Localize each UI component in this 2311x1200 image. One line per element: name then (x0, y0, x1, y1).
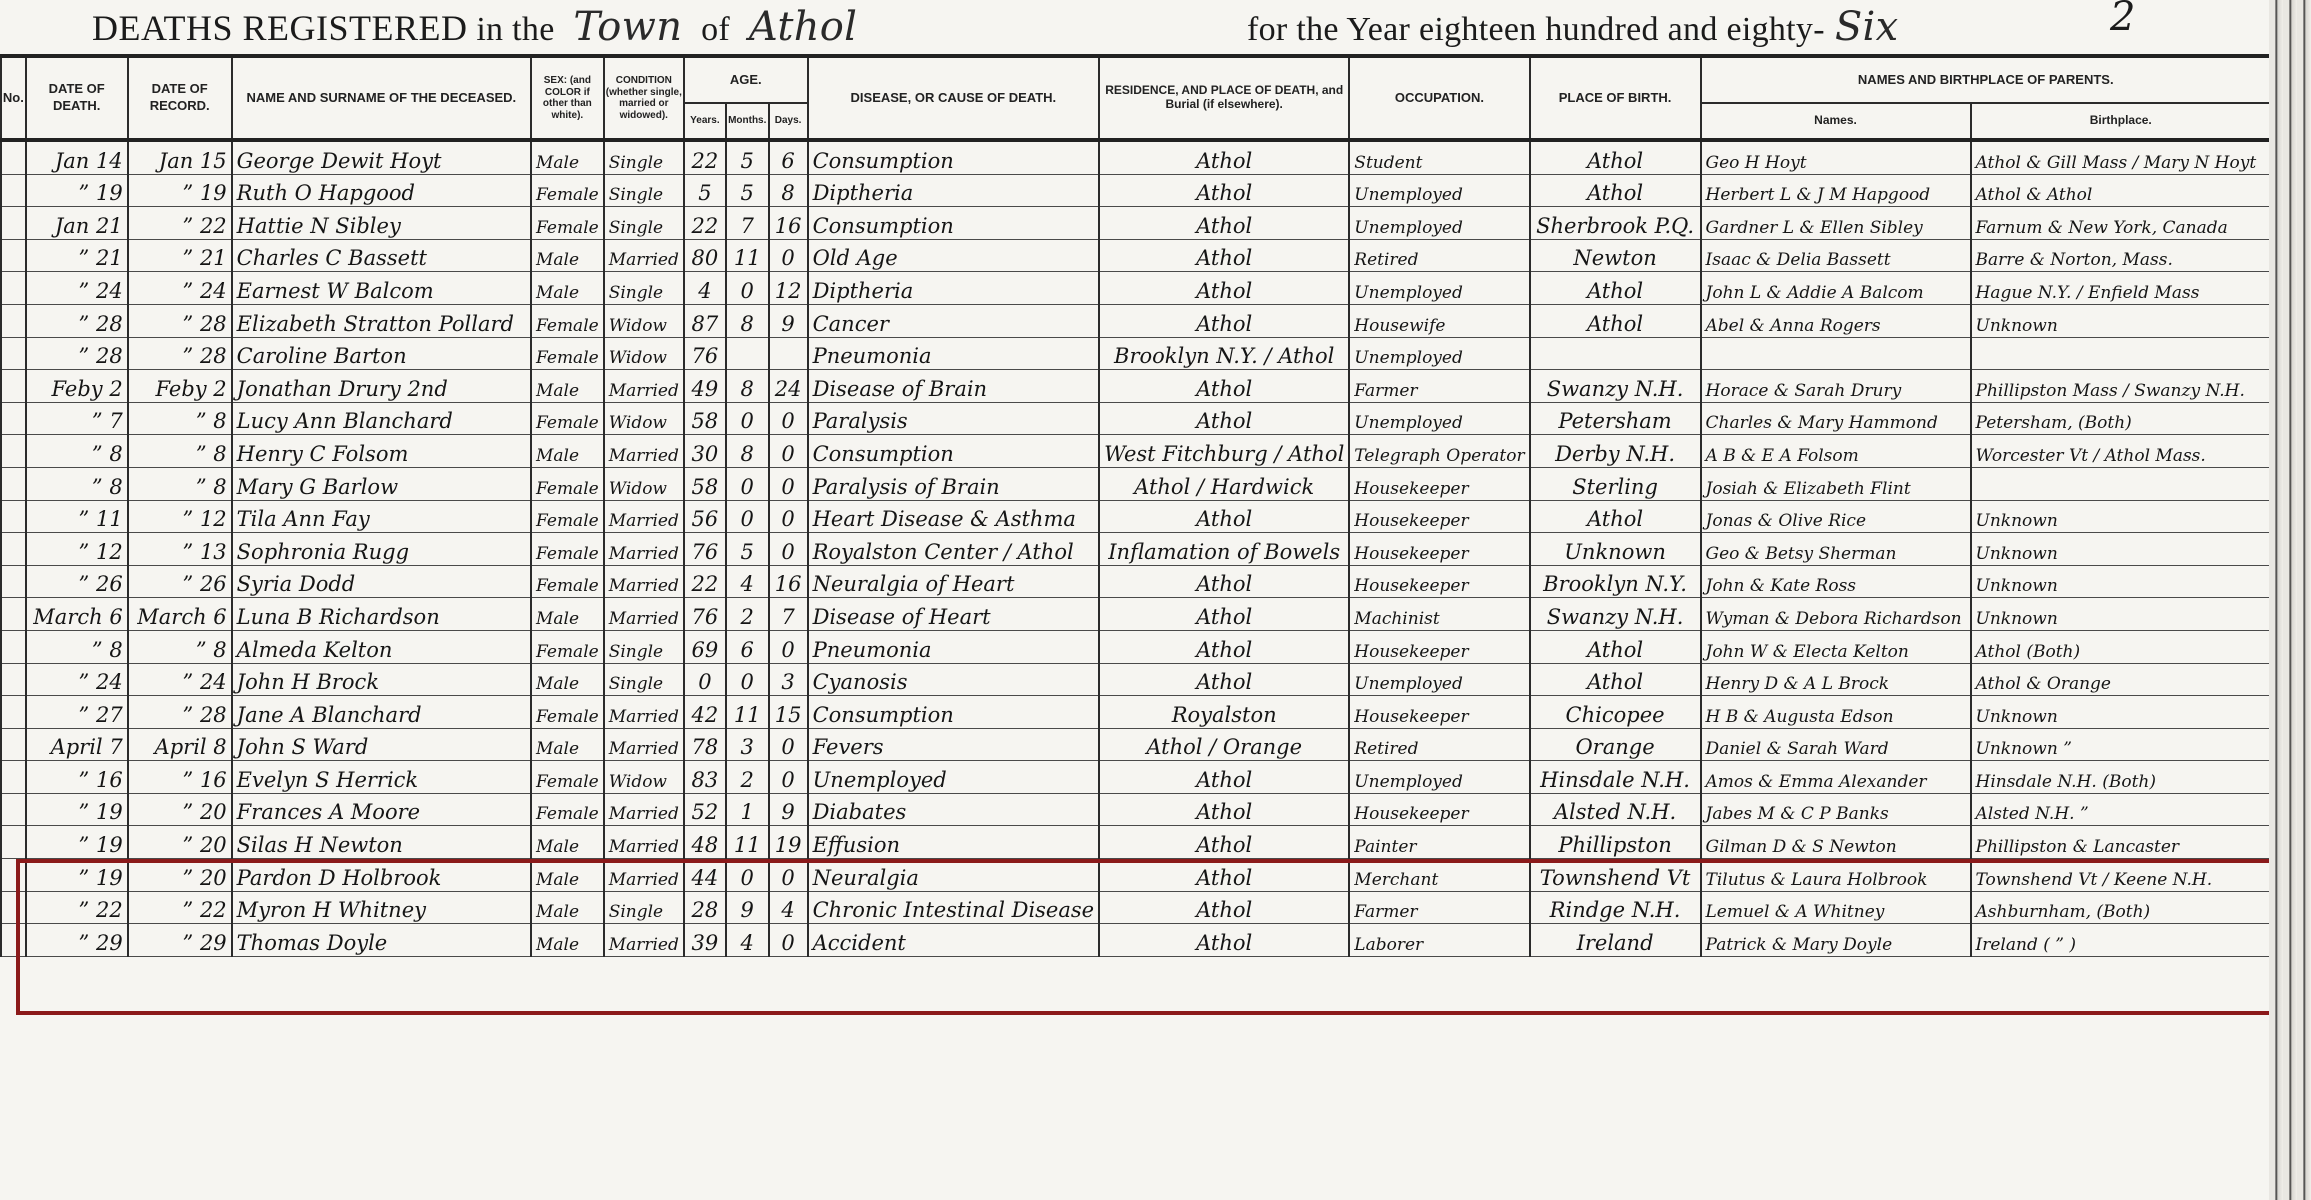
sex: Female (531, 565, 604, 598)
deceased-name: Frances A Moore (232, 793, 531, 826)
col-parents-names: Names. (1701, 103, 1971, 140)
date-of-death: ” 8 (26, 467, 128, 500)
cause-of-death: Paralysis of Brain (808, 467, 1100, 500)
condition: Widow (604, 402, 684, 435)
table-row: ” 19” 20Silas H NewtonMaleMarried481119E… (1, 826, 2270, 859)
age-months: 5 (726, 140, 769, 174)
cause-of-death: Accident (808, 924, 1100, 957)
date-of-record: ” 16 (128, 761, 232, 794)
municipality-type: Town (573, 4, 682, 50)
cause-of-death: Chronic Intestinal Disease (808, 891, 1100, 924)
condition: Married (604, 500, 684, 533)
table-row: ” 24” 24John H BrockMaleSingle003Cyanosi… (1, 663, 2270, 696)
age-days: 0 (769, 761, 808, 794)
cause-of-death: Diabates (808, 793, 1100, 826)
date-of-record: ” 8 (128, 402, 232, 435)
age-years: 22 (684, 565, 726, 598)
year-handwritten: Six (1835, 4, 1899, 50)
residence: Athol (1099, 239, 1349, 272)
place-of-birth: Athol (1530, 630, 1701, 663)
table-row: ” 22” 22Myron H WhitneyMaleSingle2894Chr… (1, 891, 2270, 924)
date-of-death: ” 19 (26, 793, 128, 826)
age-months: 7 (726, 207, 769, 240)
place-of-birth: Swanzy N.H. (1530, 598, 1701, 631)
date-of-record: ” 28 (128, 337, 232, 370)
parents-names: Lemuel & A Whitney (1701, 891, 1971, 924)
age-years: 83 (684, 761, 726, 794)
row-number (1, 304, 26, 337)
sex: Female (531, 337, 604, 370)
sex: Male (531, 663, 604, 696)
parents-birthplace: Townshend Vt / Keene N.H. (1971, 859, 2270, 892)
age-months: 4 (726, 565, 769, 598)
sex: Female (531, 761, 604, 794)
parents-birthplace (1971, 337, 2270, 370)
parents-birthplace: Alsted N.H. ” (1971, 793, 2270, 826)
table-row: ” 27” 28Jane A BlanchardFemaleMarried421… (1, 696, 2270, 729)
sex: Female (531, 304, 604, 337)
row-number (1, 239, 26, 272)
place-of-birth: Orange (1530, 728, 1701, 761)
sex: Female (531, 207, 604, 240)
row-number (1, 435, 26, 468)
residence: Athol (1099, 891, 1349, 924)
parents-names: Josiah & Elizabeth Flint (1701, 467, 1971, 500)
parents-names: Gilman D & S Newton (1701, 826, 1971, 859)
age-years: 58 (684, 402, 726, 435)
row-number (1, 533, 26, 566)
place-of-birth: Townshend Vt (1530, 859, 1701, 892)
occupation: Painter (1349, 826, 1529, 859)
age-days: 4 (769, 891, 808, 924)
place-of-birth: Swanzy N.H. (1530, 370, 1701, 403)
deceased-name: Tila Ann Fay (232, 500, 531, 533)
age-years: 42 (684, 696, 726, 729)
age-days: 6 (769, 140, 808, 174)
parents-names: Charles & Mary Hammond (1701, 402, 1971, 435)
parents-names: Patrick & Mary Doyle (1701, 924, 1971, 957)
age-days: 0 (769, 924, 808, 957)
cause-of-death: Disease of Heart (808, 598, 1100, 631)
cause-of-death: Consumption (808, 207, 1100, 240)
parents-birthplace: Athol & Orange (1971, 663, 2270, 696)
place-of-birth: Hinsdale N.H. (1530, 761, 1701, 794)
deceased-name: Charles C Bassett (232, 239, 531, 272)
place-of-birth: Derby N.H. (1530, 435, 1701, 468)
residence: Athol (1099, 500, 1349, 533)
sex: Female (531, 402, 604, 435)
deceased-name: John H Brock (232, 663, 531, 696)
occupation: Housekeeper (1349, 500, 1529, 533)
residence: Athol (1099, 140, 1349, 174)
row-number (1, 370, 26, 403)
residence: Athol (1099, 924, 1349, 957)
cause-of-death: Consumption (808, 140, 1100, 174)
sex: Male (531, 826, 604, 859)
sex: Male (531, 140, 604, 174)
table-row: ” 19” 19Ruth O HapgoodFemaleSingle558Dip… (1, 174, 2270, 207)
cause-of-death: Heart Disease & Asthma (808, 500, 1100, 533)
residence: Athol (1099, 272, 1349, 305)
age-months: 3 (726, 728, 769, 761)
occupation: Unemployed (1349, 402, 1529, 435)
place-of-birth: Athol (1530, 174, 1701, 207)
date-of-record: ” 21 (128, 239, 232, 272)
occupation: Housekeeper (1349, 565, 1529, 598)
condition: Married (604, 859, 684, 892)
condition: Married (604, 793, 684, 826)
date-of-death: ” 29 (26, 924, 128, 957)
condition: Married (604, 239, 684, 272)
residence: Athol (1099, 793, 1349, 826)
cause-of-death: Cyanosis (808, 663, 1100, 696)
date-of-death: ” 22 (26, 891, 128, 924)
date-of-record: ” 8 (128, 630, 232, 663)
age-months (726, 337, 769, 370)
table-row: ” 28” 28Elizabeth Stratton PollardFemale… (1, 304, 2270, 337)
place-of-birth: Athol (1530, 140, 1701, 174)
date-of-record: ” 28 (128, 696, 232, 729)
date-of-death: ” 19 (26, 174, 128, 207)
parents-names: Henry D & A L Brock (1701, 663, 1971, 696)
sex: Female (531, 533, 604, 566)
deceased-name: John S Ward (232, 728, 531, 761)
date-of-record: ” 22 (128, 891, 232, 924)
date-of-record: ” 13 (128, 533, 232, 566)
condition: Single (604, 663, 684, 696)
sex: Female (531, 500, 604, 533)
sex: Male (531, 272, 604, 305)
date-of-death: ” 7 (26, 402, 128, 435)
row-number (1, 272, 26, 305)
age-days: 0 (769, 239, 808, 272)
page-title: DEATHS REGISTERED in the Town of Athol f… (92, 4, 867, 50)
age-years: 76 (684, 598, 726, 631)
place-of-birth: Alsted N.H. (1530, 793, 1701, 826)
table-row: ” 8” 8Henry C FolsomMaleMarried3080Consu… (1, 435, 2270, 468)
title-in-the: in the (476, 11, 554, 48)
parents-names: A B & E A Folsom (1701, 435, 1971, 468)
deceased-name: George Dewit Hoyt (232, 140, 531, 174)
residence: West Fitchburg / Athol (1099, 435, 1349, 468)
parents-birthplace: Hinsdale N.H. (Both) (1971, 761, 2270, 794)
date-of-death: ” 8 (26, 630, 128, 663)
age-months: 11 (726, 696, 769, 729)
occupation: Housekeeper (1349, 793, 1529, 826)
deceased-name: Elizabeth Stratton Pollard (232, 304, 531, 337)
date-of-record: ” 22 (128, 207, 232, 240)
date-of-death: ” 21 (26, 239, 128, 272)
age-years: 58 (684, 467, 726, 500)
age-years: 22 (684, 207, 726, 240)
parents-birthplace: Ireland ( ” ) (1971, 924, 2270, 957)
condition: Single (604, 891, 684, 924)
row-number (1, 859, 26, 892)
age-days: 16 (769, 565, 808, 598)
occupation: Unemployed (1349, 337, 1529, 370)
place-of-birth: Athol (1530, 663, 1701, 696)
parents-birthplace: Hague N.Y. / Enfield Mass (1971, 272, 2270, 305)
age-months: 0 (726, 500, 769, 533)
age-years: 87 (684, 304, 726, 337)
condition: Single (604, 140, 684, 174)
deceased-name: Earnest W Balcom (232, 272, 531, 305)
date-of-death: ” 26 (26, 565, 128, 598)
cause-of-death: Diptheria (808, 174, 1100, 207)
col-age-days: Days. (769, 103, 808, 140)
col-occupation: OCCUPATION. (1349, 58, 1529, 140)
parents-names: John W & Electa Kelton (1701, 630, 1971, 663)
date-of-death: ” 12 (26, 533, 128, 566)
table-row: March 6March 6Luna B RichardsonMaleMarri… (1, 598, 2270, 631)
row-number (1, 696, 26, 729)
row-number (1, 565, 26, 598)
date-of-record: ” 24 (128, 663, 232, 696)
parents-names: Amos & Emma Alexander (1701, 761, 1971, 794)
row-number (1, 500, 26, 533)
age-days: 12 (769, 272, 808, 305)
row-number (1, 761, 26, 794)
book-binding (2269, 0, 2311, 1200)
parents-birthplace: Phillipston Mass / Swanzy N.H. (1971, 370, 2270, 403)
row-number (1, 337, 26, 370)
age-days: 7 (769, 598, 808, 631)
age-years: 56 (684, 500, 726, 533)
condition: Married (604, 598, 684, 631)
age-years: 5 (684, 174, 726, 207)
parents-names: Abel & Anna Rogers (1701, 304, 1971, 337)
date-of-record: ” 12 (128, 500, 232, 533)
death-register-table: No. DATE OF DEATH. DATE OF RECORD. NAME … (0, 58, 2270, 957)
col-parents-birthplace: Birthplace. (1971, 103, 2270, 140)
deceased-name: Almeda Kelton (232, 630, 531, 663)
date-of-record: ” 8 (128, 467, 232, 500)
date-of-death: Jan 14 (26, 140, 128, 174)
deceased-name: Jane A Blanchard (232, 696, 531, 729)
deceased-name: Sophronia Rugg (232, 533, 531, 566)
title-prefix: DEATHS REGISTERED (92, 8, 468, 48)
age-months: 8 (726, 370, 769, 403)
date-of-death: ” 19 (26, 859, 128, 892)
date-of-record: Feby 2 (128, 370, 232, 403)
condition: Widow (604, 467, 684, 500)
occupation: Retired (1349, 239, 1529, 272)
age-months: 8 (726, 435, 769, 468)
parents-names: John L & Addie A Balcom (1701, 272, 1971, 305)
date-of-death: ” 16 (26, 761, 128, 794)
residence: Athol / Orange (1099, 728, 1349, 761)
date-of-record: April 8 (128, 728, 232, 761)
residence: Athol (1099, 174, 1349, 207)
parents-birthplace: Unknown (1971, 533, 2270, 566)
occupation: Unemployed (1349, 207, 1529, 240)
year-text: for the Year eighteen hundred and eighty… (1247, 11, 1825, 48)
parents-birthplace (1971, 467, 2270, 500)
deceased-name: Luna B Richardson (232, 598, 531, 631)
age-years: 0 (684, 663, 726, 696)
age-days: 0 (769, 859, 808, 892)
place-of-birth: Ireland (1530, 924, 1701, 957)
date-of-record: ” 29 (128, 924, 232, 957)
age-months: 6 (726, 630, 769, 663)
age-months: 0 (726, 467, 769, 500)
age-days: 9 (769, 793, 808, 826)
deceased-name: Evelyn S Herrick (232, 761, 531, 794)
table-row: Jan 21” 22Hattie N SibleyFemaleSingle227… (1, 207, 2270, 240)
residence: Athol (1099, 598, 1349, 631)
age-years: 22 (684, 140, 726, 174)
date-of-record: ” 19 (128, 174, 232, 207)
condition: Married (604, 924, 684, 957)
sex: Male (531, 924, 604, 957)
condition: Married (604, 696, 684, 729)
sex: Male (531, 370, 604, 403)
col-residence: RESIDENCE, AND PLACE OF DEATH, and Buria… (1099, 58, 1349, 140)
date-of-record: ” 8 (128, 435, 232, 468)
parents-birthplace: Unknown (1971, 500, 2270, 533)
row-number (1, 663, 26, 696)
cause-of-death: Disease of Brain (808, 370, 1100, 403)
age-days: 0 (769, 728, 808, 761)
col-disease: DISEASE, OR CAUSE OF DEATH. (808, 58, 1100, 140)
date-of-record: Jan 15 (128, 140, 232, 174)
age-months: 11 (726, 826, 769, 859)
parents-birthplace: Barre & Norton, Mass. (1971, 239, 2270, 272)
cause-of-death: Neuralgia (808, 859, 1100, 892)
sex: Female (531, 793, 604, 826)
condition: Married (604, 728, 684, 761)
col-birthplace: PLACE OF BIRTH. (1530, 58, 1701, 140)
residence: Athol (1099, 402, 1349, 435)
age-days: 8 (769, 174, 808, 207)
occupation: Merchant (1349, 859, 1529, 892)
residence: Athol (1099, 630, 1349, 663)
deceased-name: Mary G Barlow (232, 467, 531, 500)
col-no: No. (1, 58, 26, 140)
parents-names: Tilutus & Laura Holbrook (1701, 859, 1971, 892)
sex: Male (531, 598, 604, 631)
place-of-birth: Chicopee (1530, 696, 1701, 729)
residence: Athol (1099, 663, 1349, 696)
date-of-death: ” 24 (26, 663, 128, 696)
occupation: Farmer (1349, 370, 1529, 403)
col-date-of-death: DATE OF DEATH. (26, 58, 128, 140)
town-name: Athol (749, 4, 857, 50)
date-of-death: ” 24 (26, 272, 128, 305)
age-years: 80 (684, 239, 726, 272)
residence: Athol (1099, 565, 1349, 598)
table-row: ” 19” 20Frances A MooreFemaleMarried5219… (1, 793, 2270, 826)
parents-birthplace: Worcester Vt / Athol Mass. (1971, 435, 2270, 468)
row-number (1, 174, 26, 207)
row-number (1, 793, 26, 826)
condition: Married (604, 370, 684, 403)
parents-birthplace: Ashburnham, (Both) (1971, 891, 2270, 924)
sex: Female (531, 696, 604, 729)
place-of-birth: Sterling (1530, 467, 1701, 500)
deceased-name: Ruth O Hapgood (232, 174, 531, 207)
age-days: 0 (769, 435, 808, 468)
parents-names: Horace & Sarah Drury (1701, 370, 1971, 403)
cause-of-death: Fevers (808, 728, 1100, 761)
age-months: 5 (726, 533, 769, 566)
age-months: 2 (726, 598, 769, 631)
residence: Athol (1099, 304, 1349, 337)
table-row: ” 21” 21Charles C BassettMaleMarried8011… (1, 239, 2270, 272)
occupation: Unemployed (1349, 663, 1529, 696)
sex: Male (531, 728, 604, 761)
condition: Single (604, 272, 684, 305)
deceased-name: Henry C Folsom (232, 435, 531, 468)
age-months: 0 (726, 859, 769, 892)
condition: Widow (604, 304, 684, 337)
parents-names: H B & Augusta Edson (1701, 696, 1971, 729)
occupation: Housekeeper (1349, 533, 1529, 566)
date-of-death: ” 11 (26, 500, 128, 533)
date-of-death: March 6 (26, 598, 128, 631)
row-number (1, 630, 26, 663)
age-years: 28 (684, 891, 726, 924)
col-condition: CONDITION (whether single, married or wi… (604, 58, 684, 140)
date-of-death: ” 28 (26, 337, 128, 370)
age-years: 44 (684, 859, 726, 892)
occupation: Housekeeper (1349, 630, 1529, 663)
sex: Male (531, 859, 604, 892)
residence: Brooklyn N.Y. / Athol (1099, 337, 1349, 370)
occupation: Unemployed (1349, 761, 1529, 794)
table-row: ” 7” 8Lucy Ann BlanchardFemaleWidow5800P… (1, 402, 2270, 435)
age-days: 24 (769, 370, 808, 403)
age-days: 9 (769, 304, 808, 337)
residence: Athol (1099, 761, 1349, 794)
age-months: 1 (726, 793, 769, 826)
occupation: Housewife (1349, 304, 1529, 337)
table-row: ” 26” 26Syria DoddFemaleMarried22416Neur… (1, 565, 2270, 598)
age-months: 8 (726, 304, 769, 337)
condition: Widow (604, 337, 684, 370)
table-row: Jan 14Jan 15George Dewit HoytMaleSingle2… (1, 140, 2270, 174)
age-days: 0 (769, 500, 808, 533)
date-of-record: ” 26 (128, 565, 232, 598)
date-of-record: March 6 (128, 598, 232, 631)
age-days: 19 (769, 826, 808, 859)
table-row: ” 11” 12Tila Ann FayFemaleMarried5600Hea… (1, 500, 2270, 533)
age-days: 0 (769, 467, 808, 500)
condition: Married (604, 435, 684, 468)
residence: Athol (1099, 370, 1349, 403)
parents-names: Jabes M & C P Banks (1701, 793, 1971, 826)
deceased-name: Myron H Whitney (232, 891, 531, 924)
condition: Widow (604, 761, 684, 794)
table-row: ” 8” 8Almeda KeltonFemaleSingle6960Pneum… (1, 630, 2270, 663)
parents-birthplace: Unknown (1971, 598, 2270, 631)
occupation: Housekeeper (1349, 467, 1529, 500)
date-of-record: ” 28 (128, 304, 232, 337)
date-of-record: ” 20 (128, 859, 232, 892)
age-years: 52 (684, 793, 726, 826)
cause-of-death: Neuralgia of Heart (808, 565, 1100, 598)
table-row: ” 19” 20Pardon D HolbrookMaleMarried4400… (1, 859, 2270, 892)
residence: Athol / Hardwick (1099, 467, 1349, 500)
table-row: ” 12” 13Sophronia RuggFemaleMarried7650R… (1, 533, 2270, 566)
place-of-birth: Athol (1530, 500, 1701, 533)
page-number: 2 (2110, 0, 2135, 40)
place-of-birth: Athol (1530, 304, 1701, 337)
table-row: ” 29” 29Thomas DoyleMaleMarried3940Accid… (1, 924, 2270, 957)
date-of-death: ” 28 (26, 304, 128, 337)
cause-of-death: Pneumonia (808, 630, 1100, 663)
place-of-birth: Unknown (1530, 533, 1701, 566)
